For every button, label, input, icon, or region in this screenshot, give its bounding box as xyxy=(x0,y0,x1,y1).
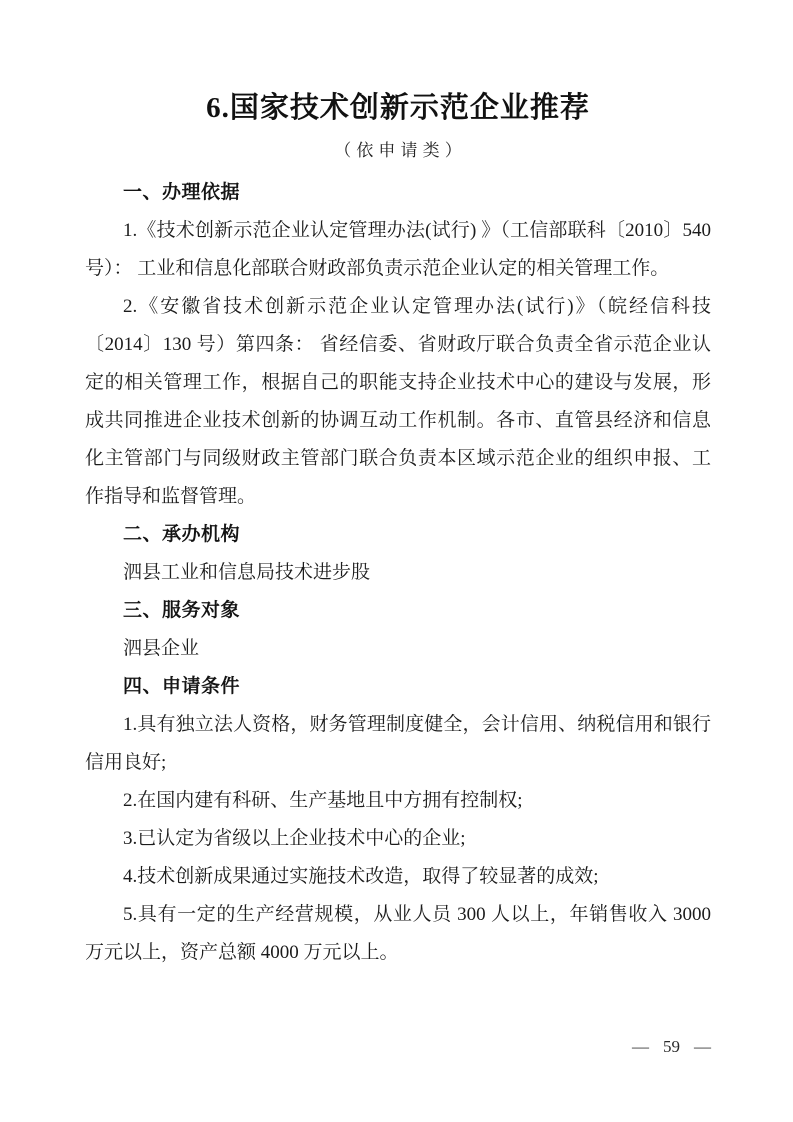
paragraph-basis-1: 1.《技术创新示范企业认定管理办法(试行) 》（工信部联科〔2010〕540 号… xyxy=(85,212,711,288)
section-heading-audience: 三、服务对象 xyxy=(85,592,711,630)
section-heading-basis: 一、办理依据 xyxy=(85,174,711,212)
page-subtitle: （依申请类） xyxy=(85,136,711,166)
document-content: 6.国家技术创新示范企业推荐 （依申请类） 一、办理依据 1.《技术创新示范企业… xyxy=(85,86,711,972)
document-page: 6.国家技术创新示范企业推荐 （依申请类） 一、办理依据 1.《技术创新示范企业… xyxy=(0,0,793,1122)
footer-right-dash: — xyxy=(694,1034,711,1060)
paragraph-condition-2: 2.在国内建有科研、生产基地且中方拥有控制权; xyxy=(85,782,711,820)
page-title: 6.国家技术创新示范企业推荐 xyxy=(85,86,711,130)
paragraph-condition-3: 3.已认定为省级以上企业技术中心的企业; xyxy=(85,820,711,858)
section-heading-conditions: 四、申请条件 xyxy=(85,668,711,706)
paragraph-condition-1: 1.具有独立法人资格，财务管理制度健全，会计信用、纳税信用和银行信用良好; xyxy=(85,706,711,782)
footer-left-dash: — xyxy=(632,1034,649,1060)
page-number-footer: — 59 — xyxy=(632,1034,711,1060)
page-number: 59 xyxy=(663,1034,680,1060)
paragraph-condition-5: 5.具有一定的生产经营规模，从业人员 300 人以上，年销售收入 3000 万元… xyxy=(85,896,711,972)
section-heading-agency: 二、承办机构 xyxy=(85,516,711,554)
paragraph-basis-2: 2.《安徽省技术创新示范企业认定管理办法(试行)》（皖经信科技〔2014〕130… xyxy=(85,288,711,516)
paragraph-agency: 泗县工业和信息局技术进步股 xyxy=(85,554,711,592)
title-spacer xyxy=(85,166,711,174)
paragraph-condition-4: 4.技术创新成果通过实施技术改造，取得了较显著的成效; xyxy=(85,858,711,896)
paragraph-audience: 泗县企业 xyxy=(85,630,711,668)
